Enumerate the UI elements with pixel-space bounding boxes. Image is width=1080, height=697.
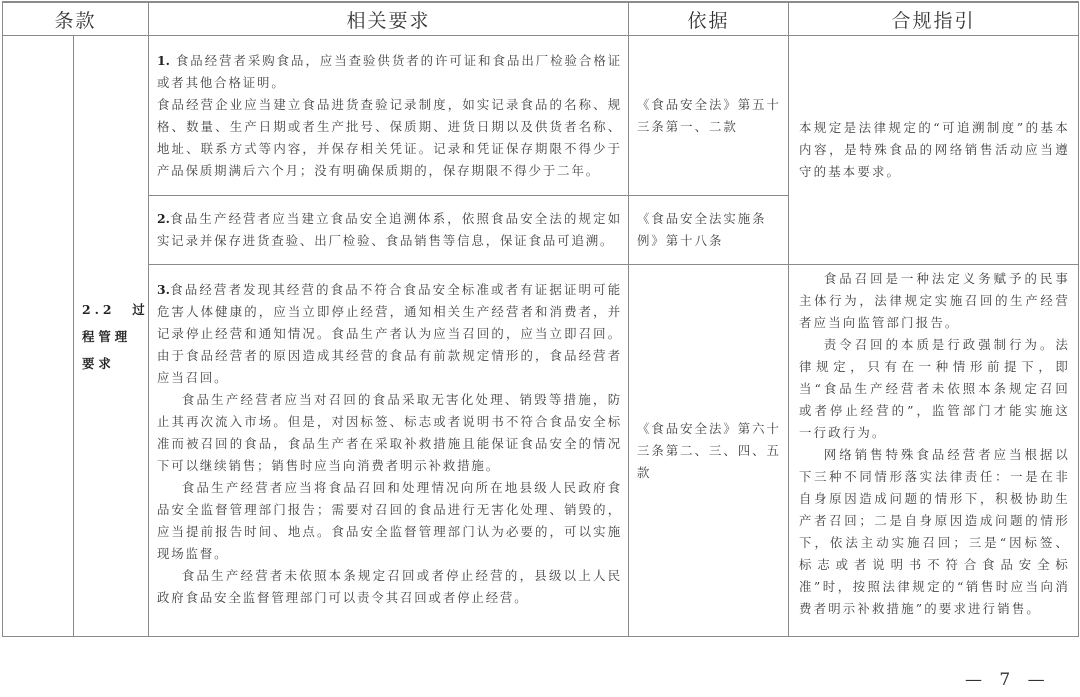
requirement-text: 食品经营者发现其经营的食品不符合食品安全标准或者有证据证明可能危害人体健康的，应… [157,282,622,385]
requirement-text: 食品生产经营者应当建立食品安全追溯体系，依照食品安全法的规定如实记录并保存进货查… [157,211,622,248]
regulation-table: 条款 相关要求 依据 合规指引 2.2 过 程管理 要求 1. 食品经营者采购食… [2,1,1079,637]
document-page: 条款 相关要求 依据 合规指引 2.2 过 程管理 要求 1. 食品经营者采购食… [0,0,1080,697]
guidance-text: 食品召回是一种法定义务赋予的民事主体行为，法律规定实施召回的生产经营者应当向监管… [799,268,1070,334]
header-requirements: 相关要求 [149,2,629,36]
section-number: 2.2 [82,302,116,317]
basis-cell-3: 《食品安全法》第六十三条第二、三、四、五款 [629,265,789,637]
item-number: 3. [157,282,170,297]
guidance-text: 本规定是法律规定的“可追溯制度”的基本内容，是特殊食品的网络销售活动应当遵守的基… [799,117,1070,183]
requirement-text: 食品生产经营者应当将食品召回和处理情况向所在地县级人民政府食品安全监督管理部门报… [157,477,622,565]
requirement-text: 食品经营企业应当建立食品进货查验记录制度，如实记录食品的名称、规格、数量、生产日… [157,94,622,182]
guidance-cell-recall: 食品召回是一种法定义务赋予的民事主体行为，法律规定实施召回的生产经营者应当向监管… [789,265,1079,637]
basis-cell-2: 《食品安全法实施条例》第十八条 [629,196,789,265]
guidance-text: 责令召回的本质是行政强制行为。法律规定，只有在一种情形前提下，即当“食品生产经营… [799,334,1070,444]
page-number: — 7 — [965,670,1051,690]
header-guidance: 合规指引 [789,2,1079,36]
requirement-cell-2: 2.食品生产经营者应当建立食品安全追溯体系，依照食品安全法的规定如实记录并保存进… [149,196,629,265]
header-basis: 依据 [629,2,789,36]
clause-parent-cell [3,36,74,637]
requirement-text: 食品生产经营者未依照本条规定召回或者停止经营的，县级以上人民政府食品安全监督管理… [157,565,622,609]
section-title-part1: 过 [132,302,148,317]
table-row: 2.2 过 程管理 要求 1. 食品经营者采购食品，应当查验供货者的许可证和食品… [3,36,1079,196]
item-number: 1. [157,53,170,68]
basis-cell-1: 《食品安全法》第五十三条第一、二款 [629,36,789,196]
header-clause: 条款 [3,2,149,36]
guidance-cell-traceability: 本规定是法律规定的“可追溯制度”的基本内容，是特殊食品的网络销售活动应当遵守的基… [789,36,1079,265]
requirement-text: 食品生产经营者应当对召回的食品采取无害化处理、销毁等措施，防止其再次流入市场。但… [157,389,622,477]
section-title-part3: 要求 [82,356,115,371]
requirement-cell-1: 1. 食品经营者采购食品，应当查验供货者的许可证和食品出厂检验合格证或者其他合格… [149,36,629,196]
section-label-cell: 2.2 过 程管理 要求 [74,36,149,637]
item-number: 2. [157,211,170,226]
table-header-row: 条款 相关要求 依据 合规指引 [3,2,1079,36]
requirement-cell-3: 3.食品经营者发现其经营的食品不符合食品安全标准或者有证据证明可能危害人体健康的… [149,265,629,637]
guidance-text: 网络销售特殊食品经营者应当根据以下三种不同情形落实法律责任：一是在非自身原因造成… [799,444,1070,620]
section-title-part2: 程管理 [82,329,131,344]
table-row: 3.食品经营者发现其经营的食品不符合食品安全标准或者有证据证明可能危害人体健康的… [3,265,1079,637]
requirement-text: 食品经营者采购食品，应当查验供货者的许可证和食品出厂检验合格证或者其他合格证明。 [157,53,622,90]
